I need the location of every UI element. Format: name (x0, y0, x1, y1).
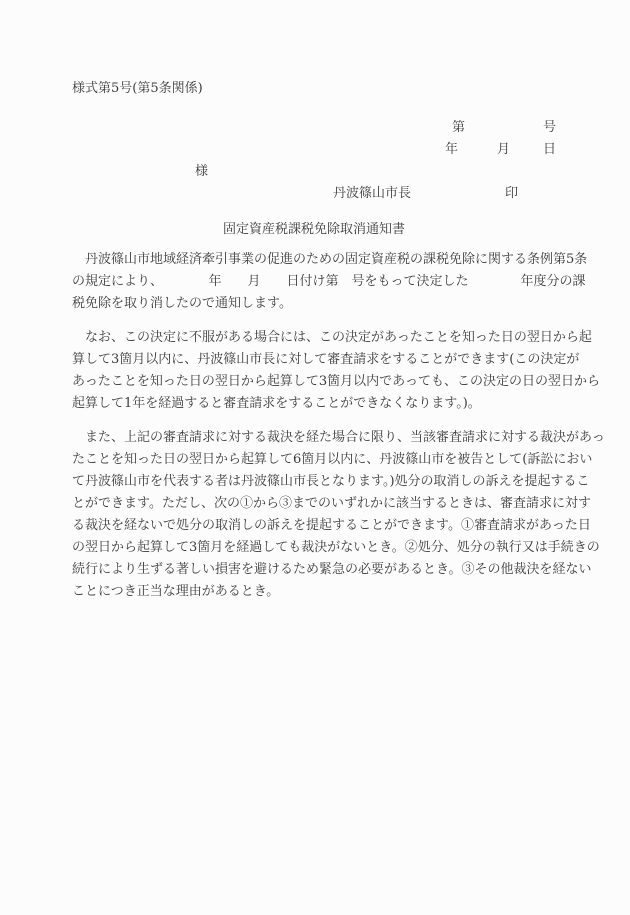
text-line: 算して3箇月以内に、丹波篠山市長に対して審査請求をすることができます(この決定が (72, 349, 630, 371)
date-day-label: 日 (543, 142, 556, 157)
text-line: とができます。ただし、次の①から③までのいずれかに該当するときは、審査請求に対す (72, 493, 630, 515)
text-line: 丹波篠山市地域経済牽引事業の促進のための固定資産税の課税免除に関する条例第5条 (72, 249, 630, 271)
document-page: 様式第5号(第5条関係) 第号 年月日 様 丹波篠山市長印 固定資産税課税免除取… (0, 0, 630, 915)
document-number-line: 第号 (72, 117, 556, 139)
text-line: 税免除を取り消したので通知します。 (72, 293, 630, 315)
text-line: 続行により生ずる著しい損害を避けるため緊急の必要があるとき。③その他裁決を経ない (72, 559, 630, 581)
body-paragraph: 丹波篠山市地域経済牽引事業の促進のための固定資産税の課税免除に関する条例第5条の… (72, 249, 630, 315)
text-line: なお、この決定に不服がある場合には、この決定があったことを知った日の翌日から起 (72, 327, 630, 349)
document-title: 固定資産税課税免除取消通知書 (72, 219, 556, 241)
text-line: 起算して1年を経過すると審査請求をすることができなくなります。)。 (72, 393, 630, 415)
text-line: て丹波篠山市を代表する者は丹波篠山市長となります。)処分の取消しの訴えを提起する… (72, 471, 630, 493)
seal-placeholder: 印 (505, 186, 518, 201)
issuer-name: 丹波篠山市長 (333, 186, 411, 201)
issue-date-line: 年月日 (72, 139, 556, 161)
body-paragraph: また、上記の審査請求に対する裁決を経た場合に限り、当該審査請求に対する裁決があっ… (72, 427, 630, 603)
issuer-line: 丹波篠山市長印 (333, 183, 630, 205)
date-year-label: 年 (445, 142, 458, 157)
date-month-label: 月 (497, 142, 510, 157)
body-paragraph: なお、この決定に不服がある場合には、この決定があったことを知った日の翌日から起算… (72, 327, 630, 415)
document-body: 丹波篠山市地域経済牽引事業の促進のための固定資産税の課税免除に関する条例第5条の… (72, 249, 630, 603)
doc-number-prefix: 第 (452, 120, 465, 135)
text-line: る裁決を経ないで処分の取消しの訴えを提起することができます。①審査請求があった日 (72, 515, 630, 537)
text-line: あったことを知った日の翌日から起算して3箇月以内であっても、この決定の日の翌日か… (72, 371, 630, 393)
text-line: の翌日から起算して3箇月を経過しても裁決がないとき。②処分、処分の執行又は手続き… (72, 537, 630, 559)
doc-number-suffix: 号 (543, 120, 556, 135)
text-line: また、上記の審査請求に対する裁決を経た場合に限り、当該審査請求に対する裁決があっ (72, 427, 630, 449)
text-line: ことにつき正当な理由があるとき。 (72, 581, 630, 603)
form-reference: 様式第5号(第5条関係) (72, 78, 630, 100)
text-line: の規定により、 年 月 日付け第 号をもって決定した 年度分の課 (72, 271, 630, 293)
text-line: たことを知った日の翌日から起算して6箇月以内に、丹波篠山市を被告として(訴訟にお… (72, 449, 630, 471)
addressee-line: 様 (195, 161, 630, 183)
addressee-honorific: 様 (195, 164, 208, 179)
